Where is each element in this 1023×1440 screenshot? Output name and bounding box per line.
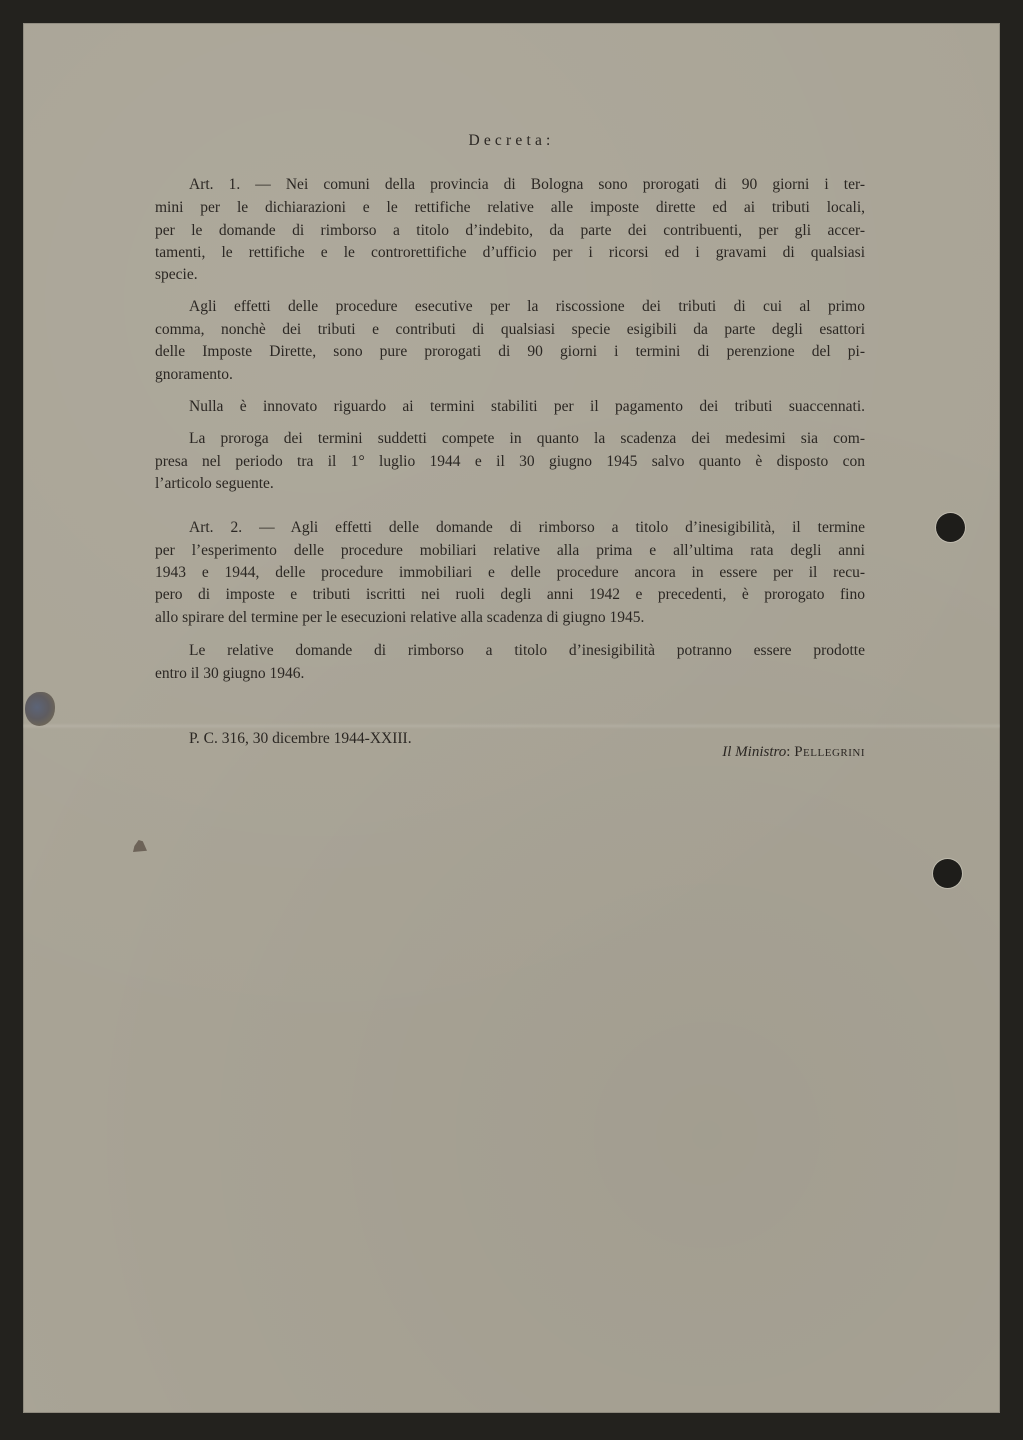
decree-date: P. C. 316, 30 dicembre 1944-XXIII. xyxy=(189,728,412,750)
article-2-line: Le relative domande di rimborso a titolo… xyxy=(189,640,865,662)
article-2-line: 1943 e 1944, delle procedure immobiliari… xyxy=(155,562,865,584)
article-1-line: comma, nonchè dei tributi e contributi d… xyxy=(155,319,865,341)
article-1-line: tamenti, le rettifiche e le controrettif… xyxy=(155,242,865,264)
signature: Il Ministro: Pellegrini xyxy=(722,741,865,763)
article-1-line: per le domande di rimborso a titolo d’in… xyxy=(155,220,865,242)
article-2-line: entro il 30 giugno 1946. xyxy=(155,663,865,685)
decree-heading: Decreta: xyxy=(23,132,1000,150)
article-1-line: delle Imposte Dirette, sono pure proroga… xyxy=(155,341,865,363)
punch-hole-bottom xyxy=(933,859,962,888)
article-1-line: Art. 1. — Nei comuni della provincia di … xyxy=(189,174,865,196)
article-1-line: Agli effetti delle procedure esecutive p… xyxy=(189,296,865,318)
ink-stain xyxy=(25,692,55,726)
article-2-line: allo spirare del termine per le esecuzio… xyxy=(155,607,865,629)
article-1-line: La proroga dei termini suddetti compete … xyxy=(189,428,865,450)
article-2-line: Art. 2. — Agli effetti delle domande di … xyxy=(189,517,865,539)
paper-fold xyxy=(23,723,1000,729)
article-2-line: per l’esperimento delle procedure mobili… xyxy=(155,540,865,562)
article-2-line: pero di imposte e tributi iscritti nei r… xyxy=(155,584,865,606)
article-1-line: gnoramento. xyxy=(155,364,865,386)
article-1-line: specie. xyxy=(155,264,865,286)
article-1-line: presa nel periodo tra il 1° luglio 1944 … xyxy=(155,451,865,473)
paper-mark xyxy=(133,840,147,852)
signature-name: Pellegrini xyxy=(794,744,865,760)
article-1-line: mini per le dichiarazioni e le rettifich… xyxy=(155,197,865,219)
punch-hole-top xyxy=(936,513,965,542)
article-1-line: Nulla è innovato riguardo ai termini sta… xyxy=(189,396,865,418)
signature-role: Il Ministro xyxy=(722,744,786,760)
article-1-line: l’articolo seguente. xyxy=(155,473,865,495)
document-page: Decreta: Art. 1. — Nei comuni della prov… xyxy=(23,23,1000,1413)
